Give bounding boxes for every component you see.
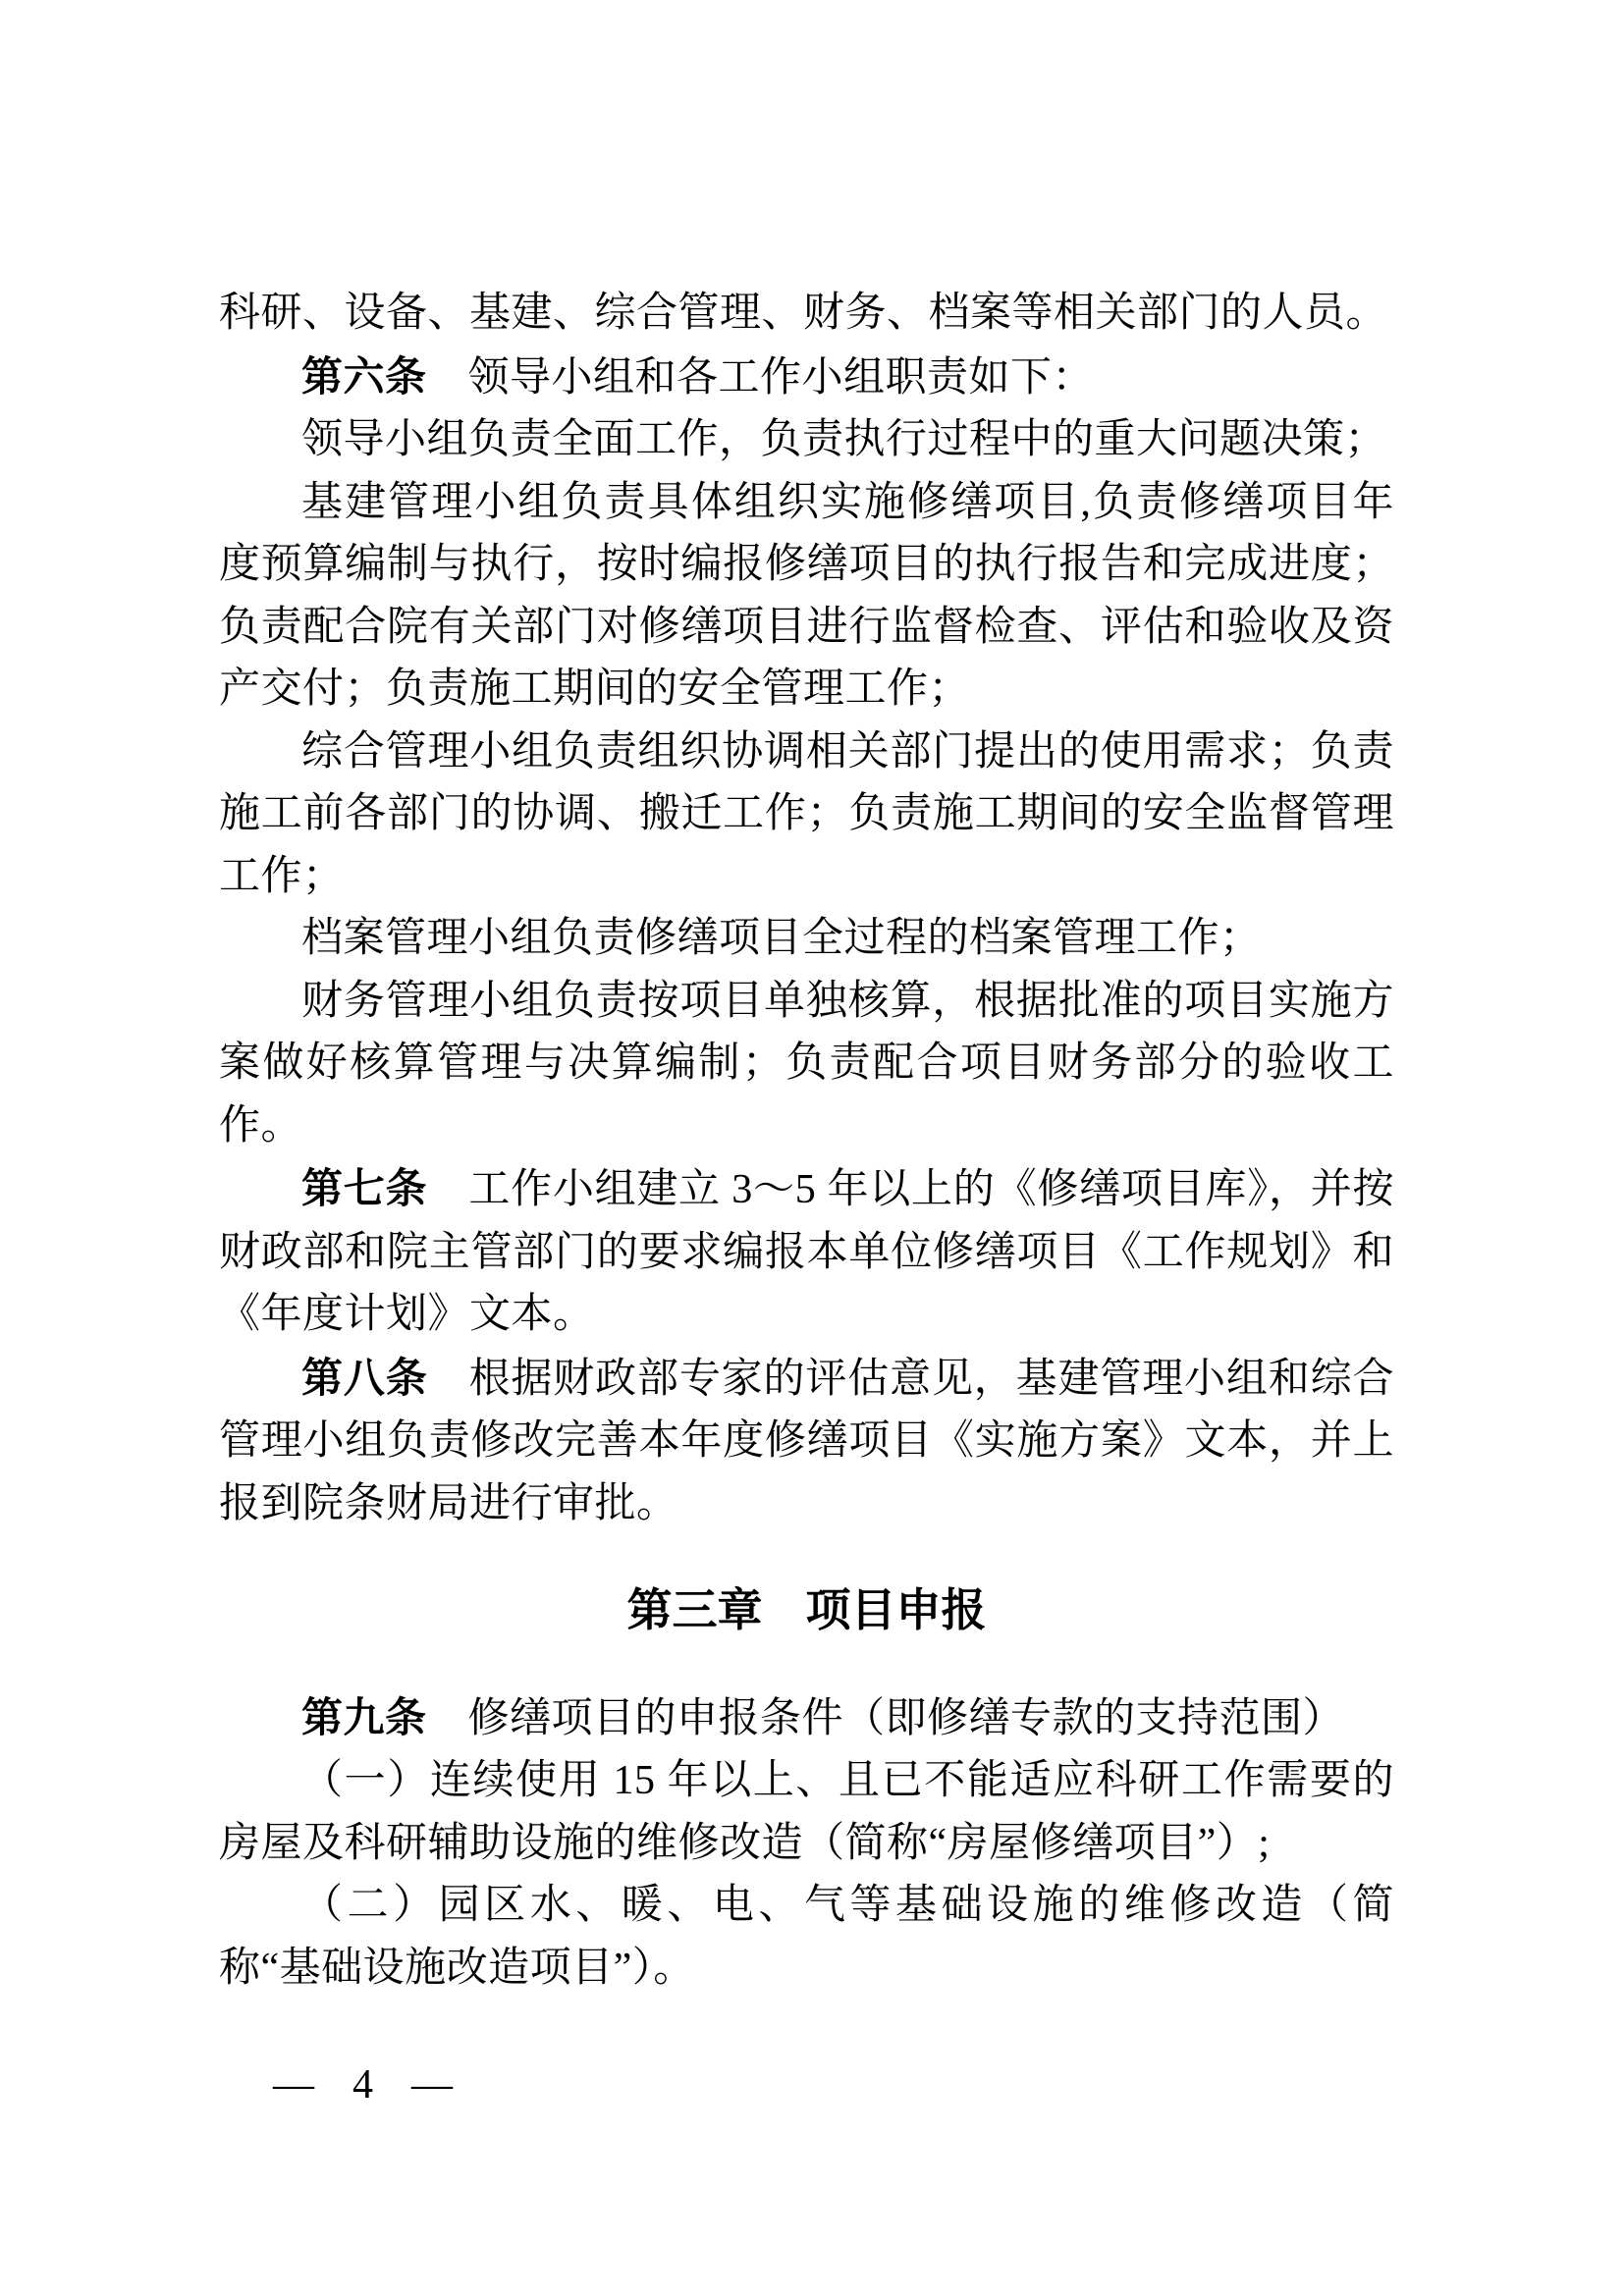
article-7-term: 第七条 [301,1164,427,1212]
article-6: 第六条领导小组和各工作小组职责如下： [219,346,1394,410]
chapter-number: 第三章 [627,1583,763,1636]
duty-finance-group: 财务管理小组负责按项目单独核算，根据批准的项目实施方案做好核算管理与决算编制；负… [219,971,1394,1158]
article-9-text: 修缮项目的申报条件（即修缮专款的支持范围） [468,1696,1345,1741]
chapter-heading: 第三章项目申报 [219,1579,1394,1642]
article-9: 第九条修缮项目的申报条件（即修缮专款的支持范围） [219,1686,1394,1751]
document-body: 科研、设备、基建、综合管理、财务、档案等相关部门的人员。 第六条领导小组和各工作… [219,283,1394,2000]
article-6-term: 第六条 [301,352,427,400]
condition-item-1: （一）连续使用 15 年以上、且已不能适应科研工作需要的房屋及科研辅助设施的维修… [219,1750,1394,1875]
page-number: — 4 — [273,2055,459,2117]
paragraph-continuation: 科研、设备、基建、综合管理、财务、档案等相关部门的人员。 [219,283,1394,346]
article-7: 第七条工作小组建立 3～5 年以上的《修缮项目库》，并按财政部和院主管部门的要求… [219,1157,1394,1347]
article-9-term: 第九条 [301,1693,427,1741]
article-8-term: 第八条 [301,1354,428,1402]
document-page: 科研、设备、基建、综合管理、财务、档案等相关部门的人员。 第六条领导小组和各工作… [0,0,1624,2296]
duty-construction-group: 基建管理小组负责具体组织实施修缮项目,负责修缮项目年度预算编制与执行，按时编报修… [219,472,1394,721]
chapter-title: 项目申报 [806,1583,987,1636]
duty-general-management-group: 综合管理小组负责组织协调相关部门提出的使用需求；负责施工前各部门的协调、搬迁工作… [219,721,1394,909]
duty-archives-group: 档案管理小组负责修缮项目全过程的档案管理工作； [219,908,1394,971]
article-8: 第八条根据财政部专家的评估意见，基建管理小组和综合管理小组负责修改完善本年度修缮… [219,1347,1394,1536]
condition-item-2: （二）园区水、暖、电、气等基础设施的维修改造（简称“基础设施改造项目”）。 [219,1875,1394,2000]
article-6-text: 领导小组和各工作小组职责如下： [468,355,1095,400]
duty-leading-group: 领导小组负责全面工作，负责执行过程中的重大问题决策； [219,409,1394,472]
